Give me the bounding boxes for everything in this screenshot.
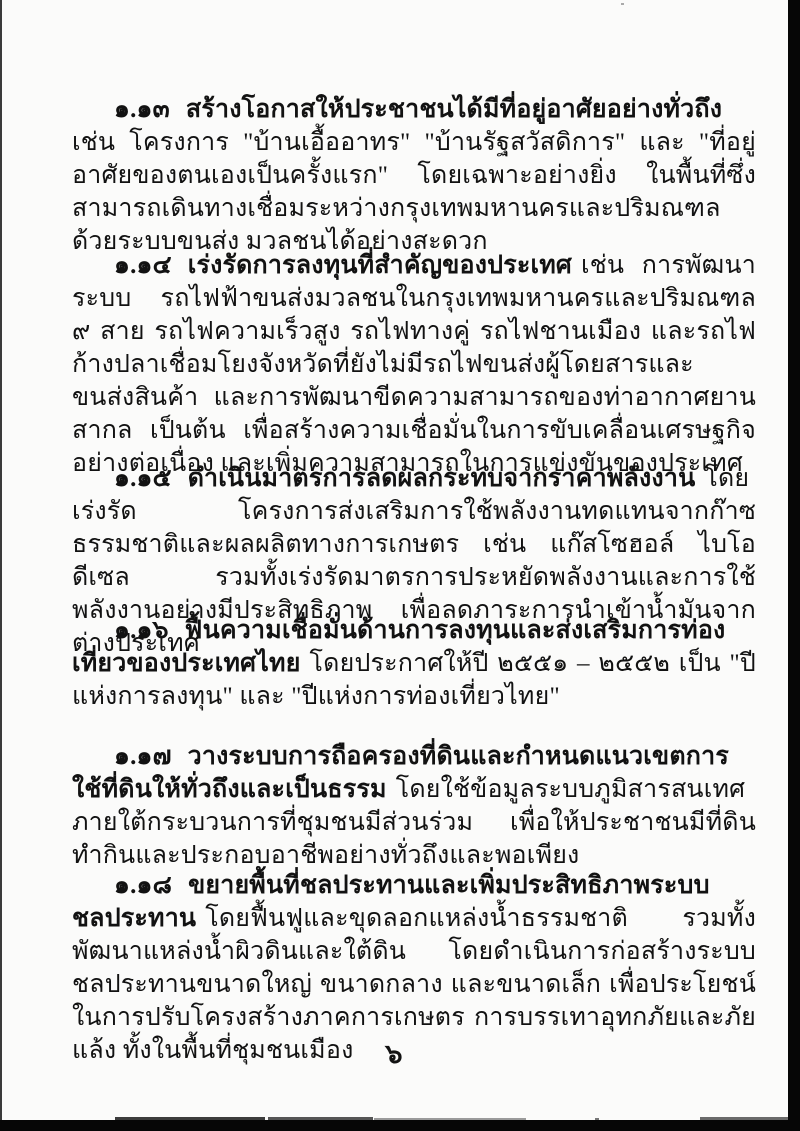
paragraph-heading: เร่งรัดการลงทุนที่สำคัญของประเทศ xyxy=(188,252,572,279)
scan-artifact xyxy=(595,1118,599,1120)
page-number: ๖ xyxy=(0,1032,788,1075)
paragraph-heading: ดำเนินมาตรการลดผลกระทบจากราคาพลังงาน xyxy=(188,465,696,492)
paragraph-1-14: ๑.๑๔เร่งรัดการลงทุนที่สำคัญของประเทศเช่น… xyxy=(72,249,756,480)
scan-artifact xyxy=(700,1117,788,1120)
paragraph-number: ๑.๑๓ xyxy=(114,96,170,123)
paragraph-1-13: ๑.๑๓สร้างโอกาสให้ประชาชนได้มีที่อยู่อาศั… xyxy=(72,93,756,258)
scan-artifact xyxy=(374,1118,526,1120)
scan-edge-left xyxy=(0,0,2,1131)
scan-edge-right xyxy=(788,0,800,1131)
paragraph-number: ๑.๑๖ xyxy=(114,617,169,644)
scan-artifact xyxy=(268,1117,373,1120)
paragraph-number: ๑.๑๕ xyxy=(114,465,172,492)
scan-edge-bottom xyxy=(0,1120,800,1131)
paragraph-heading: สร้างโอกาสให้ประชาชนได้มีที่อยู่อาศัยอย่… xyxy=(186,96,722,123)
paragraph-number: ๑.๑๘ xyxy=(114,872,172,899)
paragraph-1-16: ๑.๑๖ฟื้นความเชื่อมั่นด้านการลงทุนและส่งเ… xyxy=(72,614,756,713)
scan-artifact xyxy=(115,1117,265,1120)
scan-artifact xyxy=(621,3,624,5)
document-page: ๑.๑๓สร้างโอกาสให้ประชาชนได้มีที่อยู่อาศั… xyxy=(0,0,800,1131)
paragraph-number: ๑.๑๗ xyxy=(114,743,172,770)
paragraph-number: ๑.๑๔ xyxy=(114,252,172,279)
paragraph-body: เช่น โครงการ "บ้านเอื้ออาทร" "บ้านรัฐสวั… xyxy=(72,129,756,255)
paragraph-1-17: ๑.๑๗วางระบบการถือครองที่ดินและกำหนดแนวเข… xyxy=(72,740,756,872)
paragraph-body: เช่น การพัฒนาระบบ รถไฟฟ้าขนส่งมวลชนในกรุ… xyxy=(72,252,756,477)
